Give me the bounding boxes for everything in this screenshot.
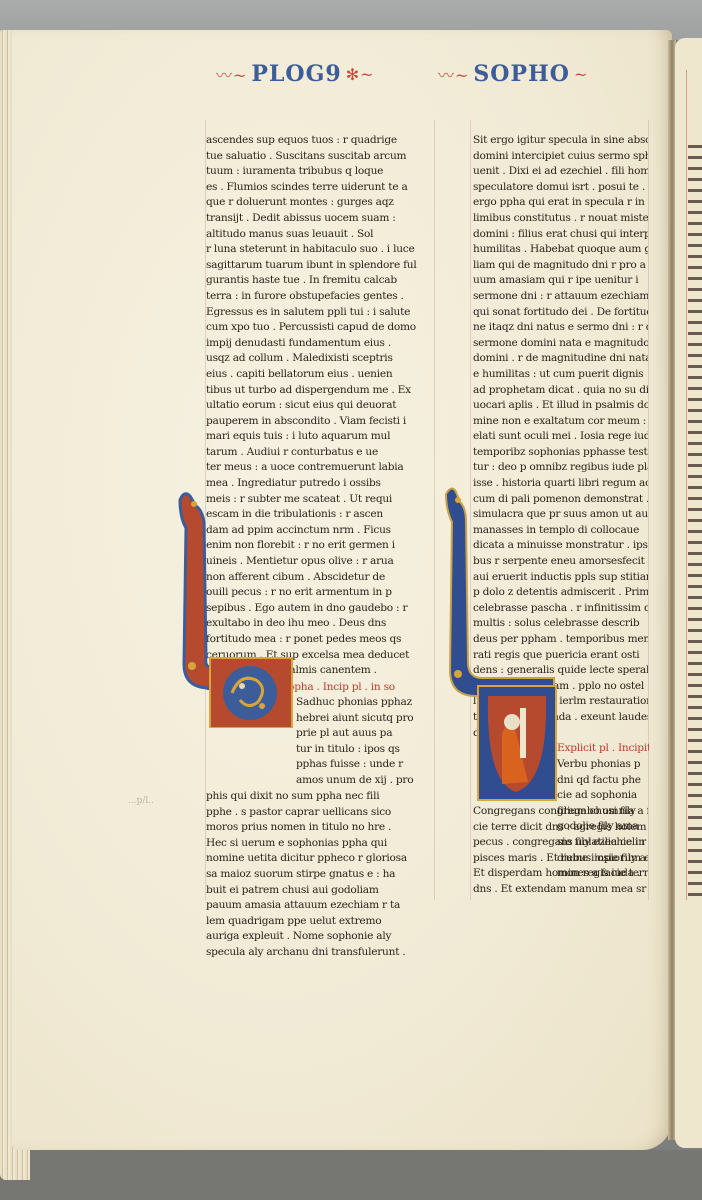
text-line: uocari aplis . Et illud in psalmis do	[473, 398, 648, 414]
flourish-icon: 〰~	[216, 63, 247, 86]
text-line: r luna steterunt in habitaculo suo . i l…	[206, 242, 434, 258]
left-column-after-initial: Sadhuc phonias pphazhebrei aiunt sicutq …	[296, 695, 434, 789]
text-line: sermone dni : r attauum ezechiam	[473, 289, 648, 305]
text-line: que r doluerunt montes : gurges aqz	[206, 195, 434, 211]
text-line: prie pl aut auus pa	[296, 726, 434, 742]
facing-page-ruling	[686, 70, 687, 900]
text-line: tue saluatio . Suscitans suscitab arcum	[206, 149, 434, 165]
text-line: ter meus : a uoce contremuerunt labia	[206, 460, 434, 476]
text-line: pecus . congregans uolatilia celi r	[473, 835, 648, 851]
text-line: es . Flumios scindes terre uiderunt te a	[206, 180, 434, 196]
text-line: sermone domini nata e magnitudo	[473, 336, 648, 352]
text-line: limibus constitutus . r nouat misteria	[473, 211, 648, 227]
flourish-icon: ~	[574, 65, 588, 84]
illuminated-initial-right-icon	[436, 482, 558, 802]
text-line: pauperem in abscondito . Viam fecisti i	[206, 414, 434, 430]
text-line: impij denudasti fundamentum eius .	[206, 336, 434, 352]
flourish-icon: ✻~	[346, 65, 375, 84]
text-line: Hec si uerum e sophonias ppha qui	[206, 836, 434, 852]
text-line: nomine uetita dicitur ppheco r gloriosa	[206, 851, 434, 867]
text-line: ne itaqz dni natus e sermo dni : r de	[473, 320, 648, 336]
text-line: domini : filius erat chusi qui interpret	[473, 227, 648, 243]
margin-note: ...p/l..	[128, 796, 154, 806]
text-line: tarum . Audiui r conturbatus e ue	[206, 445, 434, 461]
text-line: mari equis tuis : i luto aquarum mul	[206, 429, 434, 445]
running-title-left-text: PLOG9	[251, 61, 341, 87]
text-line: tur in titulo : ipos qs	[296, 742, 434, 758]
text-line: liam qui de magnitudo dni r pro a	[473, 258, 648, 274]
running-title-left: 〰~ PLOG9 ✻~	[216, 60, 375, 88]
text-line: moros prius nomen in titulo no hre .	[206, 820, 434, 836]
text-line: altitudo manus suas leuauit . Sol	[206, 227, 434, 243]
text-line: lem quadrigam ppe uelut extremo	[206, 914, 434, 930]
text-line: gurantis haste tue . In fremitu calcab	[206, 273, 434, 289]
text-line: Et disperdam homines a facie terre dic	[473, 866, 648, 882]
text-line: ultatio eorum : sicut eius qui deuorat	[206, 398, 434, 414]
text-line: temporibz sophonias pphasse testa	[473, 445, 648, 461]
text-line: mine non e exaltatum cor meum : neqz	[473, 414, 648, 430]
text-line: elati sunt oculi mei . Iosia rege iuda	[473, 429, 648, 445]
text-line: sa maioz suorum stirpe gnatus e : ha	[206, 867, 434, 883]
right-column-tail: Congregans congregabo omnia a facie terr…	[473, 804, 648, 898]
flourish-icon: 〰~	[438, 63, 469, 86]
text-line: auriga expleuit . Nome sophonie aly	[206, 929, 434, 945]
text-line: cie terre dicit dns : agregis hoiem r	[473, 820, 648, 836]
text-line: specula aly archanu dni transfulerunt .	[206, 945, 434, 961]
text-line: ergo ppha qui erat in specula r in sub	[473, 195, 648, 211]
text-line: e humilitas : ut cum puerit dignis	[473, 367, 648, 383]
text-line: domini intercipiet cuius sermo sphe	[473, 149, 648, 165]
text-line: transijt . Dedit abissus uocem suam :	[206, 211, 434, 227]
text-line: dni qd factu phe	[557, 773, 649, 789]
text-line: hebrei aiunt sicutq pro	[296, 711, 434, 727]
text-line: pisces maris . Et ruine impiorum erunt .	[473, 851, 648, 867]
text-line: uenit . Dixi ei ad ezechiel . fili homin…	[473, 164, 648, 180]
right-rubric: Explicit pl . Incipit so	[557, 741, 649, 757]
text-line: cum xpo tuo . Percussisti capud de domo	[206, 320, 434, 336]
text-line: amos unum de xij . pro	[296, 773, 434, 789]
text-line: Verbu phonias p	[557, 757, 649, 773]
text-line: cie ad sophonia	[557, 788, 649, 804]
text-line: terra : in furore obstupefacies gentes .	[206, 289, 434, 305]
text-line: Congregans congregabo omnia a fa	[473, 804, 648, 820]
text-line: humilitas . Habebat quoque aum godo	[473, 242, 648, 258]
text-line: tibus ut turbo ad dispergendum me . Ex	[206, 383, 434, 399]
text-line: domini . r de magnitudine dni nata	[473, 351, 648, 367]
text-line: buit ei patrem chusi aui godoliam	[206, 883, 434, 899]
text-line: pphas fuisse : unde r	[296, 757, 434, 773]
photo-background-bottom	[0, 1150, 702, 1200]
text-line: speculatore domui isrt . posui te . Iste	[473, 180, 648, 196]
running-title-right: 〰~ SOPHO ~	[438, 60, 588, 88]
text-line: Sit ergo igitur specula in sine abscondi…	[473, 133, 648, 149]
text-line: Egressus es in salutem ppli tui : i salu…	[206, 305, 434, 321]
text-line: pphe . s pastor caprar uellicans sico	[206, 805, 434, 821]
text-line: sagittarum tuarum ibunt in splendore ful	[206, 258, 434, 274]
text-line: dns . Et extendam manum mea sr iuda	[473, 882, 648, 898]
text-line: ascendes sup equos tuos : r quadrige	[206, 133, 434, 149]
text-line: usqz ad collum . Maledixisti sceptris	[206, 351, 434, 367]
running-title-right-text: SOPHO	[473, 61, 570, 87]
text-line: eius . capiti bellatorum eius . uenien	[206, 367, 434, 383]
ruling-line	[434, 120, 435, 900]
text-line: tur : deo p omnibz regibus iude pla	[473, 460, 648, 476]
text-line: phis qui dixit no sum ppha nec fili	[206, 789, 434, 805]
left-column-tail: phis qui dixit no sum ppha nec filipphe …	[206, 789, 434, 961]
text-line: uum amasiam qui r ipe uenitur i	[473, 273, 648, 289]
facing-page-text	[688, 140, 702, 900]
illuminated-initial-left-icon	[170, 488, 298, 728]
text-line: qui sonat fortitudo dei . De fortitudi	[473, 305, 648, 321]
text-line: ad prophetam dicat . quia no su digni	[473, 383, 648, 399]
text-line: tuum : iuramenta tribubus q loque	[206, 164, 434, 180]
text-line: Sadhuc phonias pphaz	[296, 695, 434, 711]
text-line: pauum amasia attauum ezechiam r ta	[206, 898, 434, 914]
